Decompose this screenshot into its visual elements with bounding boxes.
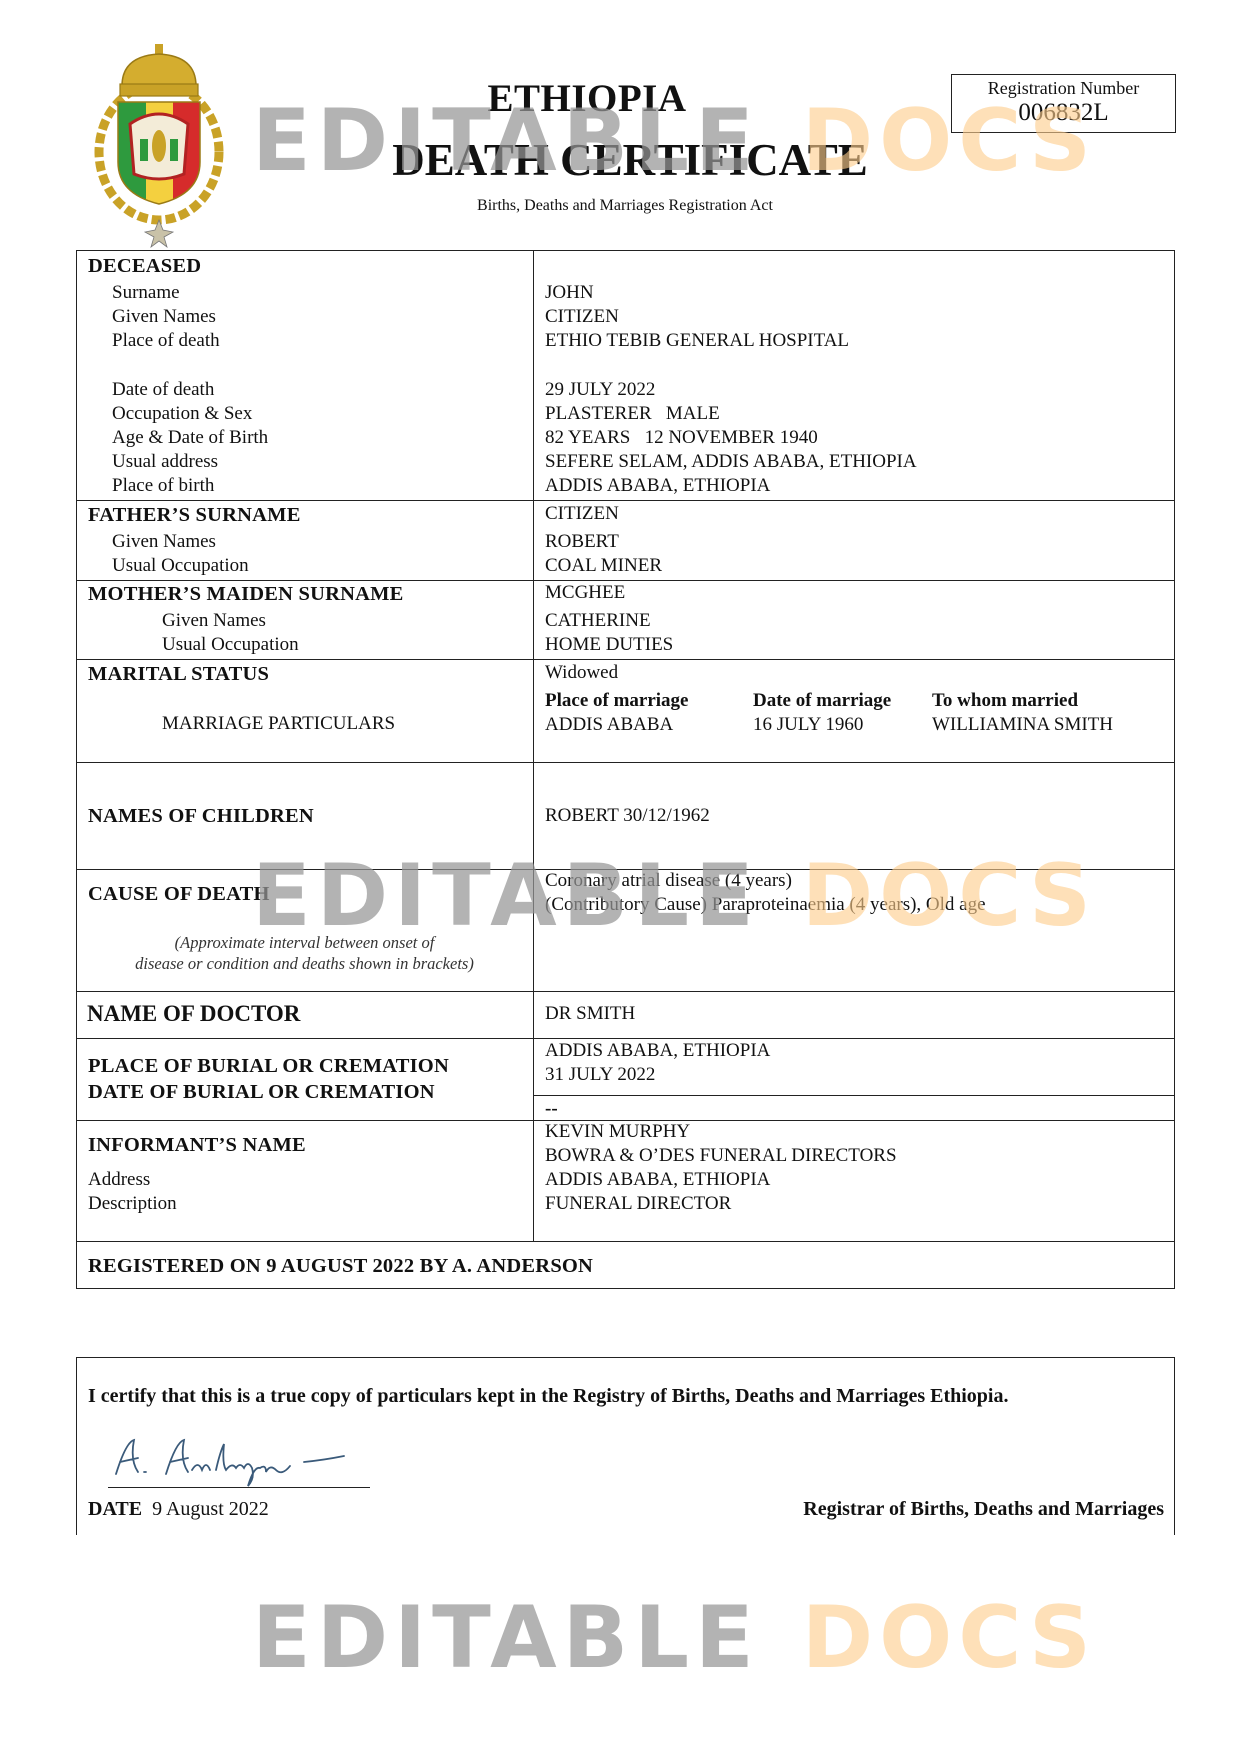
informant-heading: INFORMANT’S NAME [88,1133,306,1157]
document-subtitle: Births, Deaths and Marriages Registratio… [0,197,1240,215]
burial-date: 31 JULY 2022 [545,1063,655,1087]
row-divider [76,500,1175,501]
informant-name: KEVIN MURPHY [545,1120,690,1144]
burial-place-heading: PLACE OF BURIAL OR CREMATION [88,1054,449,1078]
deceased-surname: JOHN [545,281,594,305]
marital-status-value: Widowed [545,661,618,685]
place-of-birth: ADDIS ABABA, ETHIOPIA [545,474,770,498]
burial-date-heading: DATE OF BURIAL OR CREMATION [88,1080,435,1104]
registrar-title: Registrar of Births, Deaths and Marriage… [803,1497,1164,1521]
marriage-particulars-label: MARRIAGE PARTICULARS [162,712,395,736]
signature-line [108,1487,370,1488]
cause-note-line: disease or condition and deaths shown in… [76,953,533,974]
date-label: DATE [88,1498,142,1520]
field-label: Usual Occupation [162,633,299,657]
watermark: EDITABLEDOCS [252,1595,1097,1681]
row-divider [533,1095,1175,1096]
field-label: Usual address [112,450,218,474]
date-of-death: 29 JULY 2022 [545,378,655,402]
signature [108,1432,358,1493]
field-label: Surname [112,281,180,305]
informant-description: FUNERAL DIRECTOR [545,1192,731,1216]
field-label: Place of birth [112,474,214,498]
column-divider [533,250,534,1241]
children-value: ROBERT 30/12/1962 [545,804,710,828]
mother-given-names: CATHERINE [545,609,651,633]
usual-address: SEFERE SELAM, ADDIS ABABA, ETHIOPIA [545,450,917,474]
doctor-heading: NAME OF DOCTOR [87,1002,300,1026]
burial-place: ADDIS ABABA, ETHIOPIA [545,1039,770,1063]
field-label: Usual Occupation [112,554,249,578]
field-label: Place of death [112,329,220,353]
date-of-marriage-header: Date of marriage [753,689,891,713]
watermark: EDITABLEDOCS [252,853,1097,939]
mother-surname: MCGHEE [545,581,625,605]
father-heading: FATHER’S SURNAME [88,503,301,527]
children-heading: NAMES OF CHILDREN [88,804,314,828]
cause-of-death-heading: CAUSE OF DEATH [88,882,270,906]
deceased-given-names: CITIZEN [545,305,619,329]
place-of-marriage: ADDIS ABABA [545,713,673,737]
field-label: Given Names [112,530,216,554]
mother-heading: MOTHER’S MAIDEN SURNAME [88,582,404,606]
spouse-name: WILLIAMINA SMITH [932,713,1113,737]
father-occupation: COAL MINER [545,554,662,578]
place-of-marriage-header: Place of marriage [545,689,688,713]
age-date-of-birth: 82 YEARS 12 NOVEMBER 1940 [545,426,818,450]
row-divider [76,659,1175,660]
marital-status-heading: MARITAL STATUS [88,662,269,686]
field-label: Given Names [162,609,266,633]
informant-address-line2: ADDIS ABABA, ETHIOPIA [545,1168,770,1192]
registered-statement: REGISTERED ON 9 AUGUST 2022 BY A. ANDERS… [88,1254,593,1278]
burial-extra: -- [545,1097,558,1121]
to-whom-married-header: To whom married [932,689,1078,713]
date-of-marriage: 16 JULY 1960 [753,713,863,737]
doctor-name: DR SMITH [545,1002,635,1026]
mother-occupation: HOME DUTIES [545,633,673,657]
watermark: EDITABLEDOCS [252,98,1097,184]
field-label: Date of death [112,378,214,402]
field-label: Occupation & Sex [112,402,252,426]
place-of-death: ETHIO TEBIB GENERAL HOSPITAL [545,329,849,353]
certification-date: DATE 9 August 2022 [88,1497,269,1521]
occupation-sex: PLASTERER MALE [545,402,720,426]
date-value: 9 August 2022 [152,1498,269,1520]
certification-statement: I certify that this is a true copy of pa… [88,1384,1009,1408]
row-divider [76,991,1175,992]
field-label: Given Names [112,305,216,329]
deceased-heading: DECEASED [88,254,201,278]
row-divider [76,762,1175,763]
row-divider [76,580,1175,581]
father-given-names: ROBERT [545,530,619,554]
father-surname: CITIZEN [545,502,619,526]
informant-address-line1: BOWRA & O’DES FUNERAL DIRECTORS [545,1144,897,1168]
field-label: Age & Date of Birth [112,426,268,450]
description-label: Description [88,1192,177,1216]
address-label: Address [88,1168,150,1192]
row-divider [76,1241,1175,1242]
